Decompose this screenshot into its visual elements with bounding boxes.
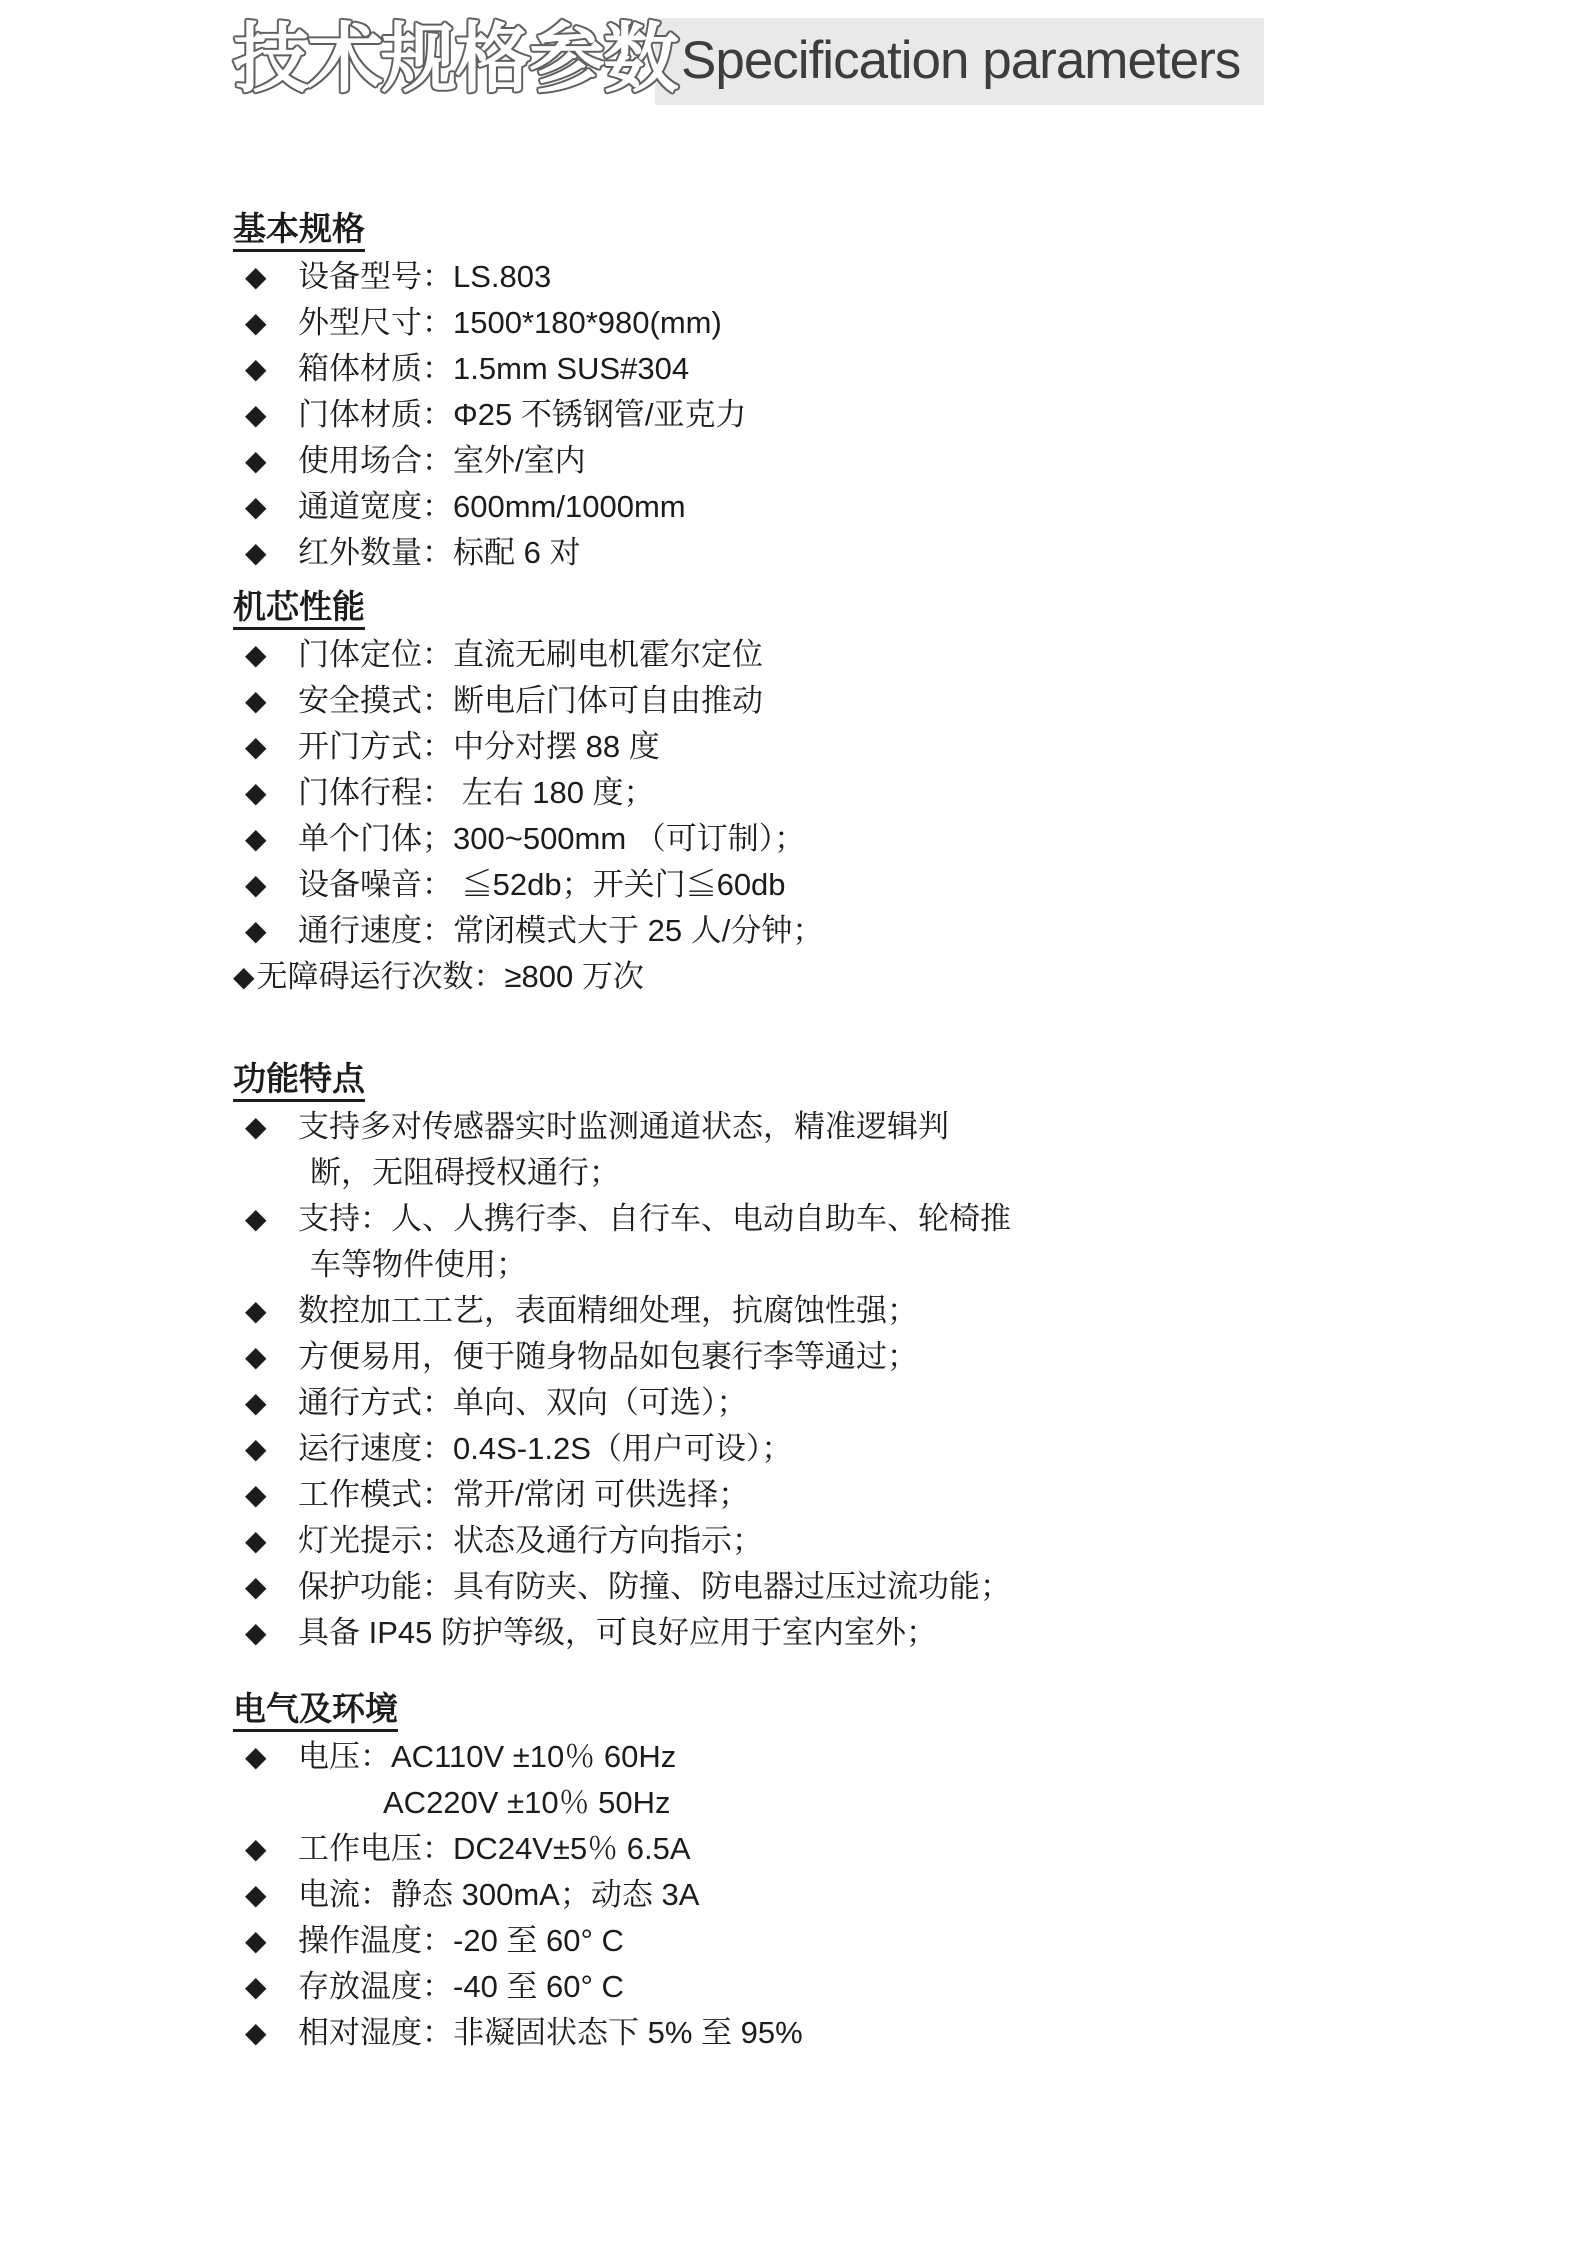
spec-item-text: 通行速度：常闭模式大于 25 人/分钟； <box>298 908 823 954</box>
spec-item: 断，无阻碍授权通行； <box>245 1150 1587 1196</box>
section-heading-text: 基本规格 <box>233 210 365 252</box>
spec-item: ◆支持多对传感器实时监测通道状态，精准逻辑判 <box>245 1104 1587 1150</box>
diamond-bullet-icon: ◆ <box>245 724 298 770</box>
diamond-bullet-icon: ◆ <box>233 954 255 1000</box>
spec-item: ◆操作温度：-20 至 60° C <box>245 1918 1587 1964</box>
spec-item: ◆具备 IP45 防护等级，可良好应用于室内室外； <box>245 1610 1587 1656</box>
diamond-bullet-icon: ◆ <box>245 346 298 392</box>
diamond-bullet-icon: ◆ <box>245 1518 298 1564</box>
spec-item-text: 支持：人、人携行李、自行车、电动自助车、轮椅推 <box>298 1196 1011 1242</box>
diamond-bullet-icon: ◆ <box>245 1288 298 1334</box>
spec-item: ◆支持：人、人携行李、自行车、电动自助车、轮椅推 <box>245 1196 1587 1242</box>
spec-item-text: 无障碍运行次数：≥800 万次 <box>257 954 644 1000</box>
diamond-bullet-icon: ◆ <box>245 862 298 908</box>
spec-item: ◆开门方式：中分对摆 88 度 <box>245 724 1587 770</box>
spec-item-text: 电流：静态 300mA；动态 3A <box>298 1872 699 1918</box>
diamond-bullet-icon: ◆ <box>245 1104 298 1150</box>
spec-item-text: 断，无阻碍授权通行； <box>310 1150 620 1196</box>
document-page: 技术规格参数 Specification parameters 基本规格◆设备型… <box>0 0 1587 2245</box>
spec-item-text: 开门方式：中分对摆 88 度 <box>298 724 660 770</box>
diamond-bullet-icon: ◆ <box>245 1826 298 1872</box>
spec-item-text: 支持多对传感器实时监测通道状态，精准逻辑判 <box>298 1104 949 1150</box>
spec-item-text: 安全摸式：断电后门体可自由推动 <box>298 678 763 724</box>
spec-item-text: 红外数量：标配 6 对 <box>298 530 580 576</box>
spec-section: 电气及环境◆电压：AC110V ±10％ 60HzAC220V ±10％ 50H… <box>233 1686 1587 2056</box>
spec-item: ◆工作电压：DC24V±5％ 6.5A <box>245 1826 1587 1872</box>
spec-item: ◆设备型号：LS.803 <box>245 254 1587 300</box>
spec-item: ◆工作模式：常开/常闭 可供选择； <box>245 1472 1587 1518</box>
spec-item: ◆保护功能：具有防夹、防撞、防电器过压过流功能； <box>245 1564 1587 1610</box>
section-heading: 功能特点 <box>233 1056 1587 1102</box>
spec-item-text: 工作电压：DC24V±5％ 6.5A <box>298 1826 691 1872</box>
diamond-bullet-icon: ◆ <box>245 1872 298 1918</box>
spec-item: ◆红外数量：标配 6 对 <box>245 530 1587 576</box>
spec-item-text: 电压：AC110V ±10％ 60Hz <box>298 1734 676 1780</box>
diamond-bullet-icon: ◆ <box>245 770 298 816</box>
section-heading-text: 机芯性能 <box>233 588 365 630</box>
spec-item-text: 使用场合：室外/室内 <box>298 438 586 484</box>
spec-item-text: 保护功能：具有防夹、防撞、防电器过压过流功能； <box>298 1564 1011 1610</box>
spec-item-text: 存放温度：-40 至 60° C <box>298 1964 624 2010</box>
spec-item: ◆使用场合：室外/室内 <box>245 438 1587 484</box>
spec-item: 车等物件使用； <box>245 1242 1587 1288</box>
spec-section: 功能特点◆支持多对传感器实时监测通道状态，精准逻辑判断，无阻碍授权通行；◆支持：… <box>233 1056 1587 1656</box>
spec-item: ◆门体定位：直流无刷电机霍尔定位 <box>245 632 1587 678</box>
diamond-bullet-icon: ◆ <box>245 1564 298 1610</box>
spec-item: ◆通行方式：单向、双向（可选）； <box>245 1380 1587 1426</box>
diamond-bullet-icon: ◆ <box>245 484 298 530</box>
spec-item-text: 方便易用，便于随身物品如包裹行李等通过； <box>298 1334 918 1380</box>
spec-item-text: 门体行程： 左右 180 度； <box>298 770 655 816</box>
spec-item: ◆存放温度：-40 至 60° C <box>245 1964 1587 2010</box>
spec-item-text: 门体材质：Φ25 不锈钢管/亚克力 <box>298 392 746 438</box>
spec-item-text: 操作温度：-20 至 60° C <box>298 1918 624 1964</box>
title-english-highlight: Specification parameters <box>655 18 1264 105</box>
diamond-bullet-icon: ◆ <box>245 530 298 576</box>
spec-content: 基本规格◆设备型号：LS.803◆外型尺寸：1500*180*980(mm)◆箱… <box>0 206 1587 2056</box>
diamond-bullet-icon: ◆ <box>245 1426 298 1472</box>
spec-item-text: 门体定位：直流无刷电机霍尔定位 <box>298 632 763 678</box>
spec-item: ◆设备噪音： ≦52db；开关门≦60db <box>245 862 1587 908</box>
section-heading-text: 功能特点 <box>233 1060 365 1102</box>
spec-item-text: 工作模式：常开/常闭 可供选择； <box>298 1472 749 1518</box>
spec-item-text: 通道宽度：600mm/1000mm <box>298 484 686 530</box>
diamond-bullet-icon: ◆ <box>245 2010 298 2056</box>
spec-item: ◆门体材质：Φ25 不锈钢管/亚克力 <box>245 392 1587 438</box>
diamond-bullet-icon: ◆ <box>245 254 298 300</box>
spec-item-text: 单个门体；300~500mm （可订制）； <box>298 816 805 862</box>
title-chinese-outline-text: 技术规格参数 <box>233 14 677 106</box>
diamond-bullet-icon: ◆ <box>245 816 298 862</box>
diamond-bullet-icon: ◆ <box>245 438 298 484</box>
spec-item: ◆通道宽度：600mm/1000mm <box>245 484 1587 530</box>
spec-item-text: 箱体材质：1.5mm SUS#304 <box>298 346 689 392</box>
spec-item-text: 数控加工工艺，表面精细处理，抗腐蚀性强； <box>298 1288 918 1334</box>
diamond-bullet-icon: ◆ <box>245 1734 298 1780</box>
section-heading-text: 电气及环境 <box>233 1690 398 1732</box>
spec-item-text: 外型尺寸：1500*180*980(mm) <box>298 300 722 346</box>
section-heading: 电气及环境 <box>233 1686 1587 1732</box>
diamond-bullet-icon: ◆ <box>245 1380 298 1426</box>
spec-item-text: 车等物件使用； <box>310 1242 527 1288</box>
spec-section: 基本规格◆设备型号：LS.803◆外型尺寸：1500*180*980(mm)◆箱… <box>233 206 1587 576</box>
diamond-bullet-icon: ◆ <box>245 1610 298 1656</box>
spec-item-text: 设备型号：LS.803 <box>298 254 551 300</box>
spec-item: ◆无障碍运行次数：≥800 万次 <box>233 954 1587 1000</box>
spec-section: 机芯性能◆门体定位：直流无刷电机霍尔定位◆安全摸式：断电后门体可自由推动◆开门方… <box>233 584 1587 1000</box>
spec-item: ◆电流：静态 300mA；动态 3A <box>245 1872 1587 1918</box>
diamond-bullet-icon: ◆ <box>245 1918 298 1964</box>
diamond-bullet-icon: ◆ <box>245 1964 298 2010</box>
spec-item: ◆数控加工工艺，表面精细处理，抗腐蚀性强； <box>245 1288 1587 1334</box>
diamond-bullet-icon: ◆ <box>245 632 298 678</box>
diamond-bullet-icon: ◆ <box>245 1472 298 1518</box>
spec-item: ◆灯光提示：状态及通行方向指示； <box>245 1518 1587 1564</box>
diamond-bullet-icon: ◆ <box>245 300 298 346</box>
diamond-bullet-icon: ◆ <box>245 392 298 438</box>
spec-item: ◆单个门体；300~500mm （可订制）； <box>245 816 1587 862</box>
spec-item: ◆方便易用，便于随身物品如包裹行李等通过； <box>245 1334 1587 1380</box>
section-heading: 机芯性能 <box>233 584 1587 630</box>
spec-item-text: 通行方式：单向、双向（可选）； <box>298 1380 748 1426</box>
spec-item: AC220V ±10％ 50Hz <box>245 1780 1587 1826</box>
section-heading: 基本规格 <box>233 206 1587 252</box>
diamond-bullet-icon: ◆ <box>245 1334 298 1380</box>
spec-item: ◆外型尺寸：1500*180*980(mm) <box>245 300 1587 346</box>
spec-item: ◆安全摸式：断电后门体可自由推动 <box>245 678 1587 724</box>
spec-item: ◆运行速度：0.4S-1.2S（用户可设）； <box>245 1426 1587 1472</box>
spec-item: ◆门体行程： 左右 180 度； <box>245 770 1587 816</box>
spec-item-text: 具备 IP45 防护等级，可良好应用于室内室外； <box>298 1610 937 1656</box>
spec-item: ◆箱体材质：1.5mm SUS#304 <box>245 346 1587 392</box>
spec-item-text: 设备噪音： ≦52db；开关门≦60db <box>298 862 786 908</box>
diamond-bullet-icon: ◆ <box>245 1196 298 1242</box>
spec-item: ◆通行速度：常闭模式大于 25 人/分钟； <box>245 908 1587 954</box>
spec-item-text: 运行速度：0.4S-1.2S（用户可设）； <box>298 1426 792 1472</box>
diamond-bullet-icon: ◆ <box>245 908 298 954</box>
spec-item-text: 灯光提示：状态及通行方向指示； <box>298 1518 763 1564</box>
spec-item: ◆电压：AC110V ±10％ 60Hz <box>245 1734 1587 1780</box>
spec-item-text: 相对湿度：非凝固状态下 5% 至 95% <box>298 2010 803 2056</box>
spec-item-text: AC220V ±10％ 50Hz <box>383 1780 671 1826</box>
page-title: 技术规格参数 Specification parameters <box>0 0 1587 106</box>
spec-item: ◆相对湿度：非凝固状态下 5% 至 95% <box>245 2010 1587 2056</box>
diamond-bullet-icon: ◆ <box>245 678 298 724</box>
